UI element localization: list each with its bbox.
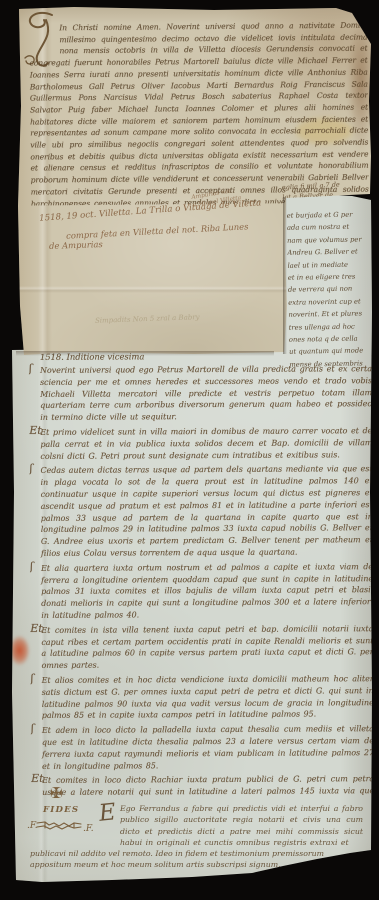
- manuscript-paragraph: ʃEt adem in loco dicto la palladella iux…: [42, 723, 374, 772]
- paragraph-text: Cedas autem dictas terras usque ad parte…: [40, 464, 372, 557]
- manuscript-paragraph: ʃNoverint universi quod ego Petrus Marto…: [40, 363, 372, 424]
- paragraph-text: Et alia quartera iuxta ortum nostrum et …: [41, 562, 373, 620]
- manuscript-paragraph: ʃEt alia quartera iuxta ortum nostrum et…: [41, 561, 373, 622]
- paragraph-text: Et comites in loco dicto Rachiar iuxta p…: [42, 774, 374, 798]
- archivist-note-line: de Ampurias: [49, 239, 103, 251]
- manuscript-paragraph: EtEt comites in loco dicto Rachiar iuxta…: [42, 773, 374, 798]
- paragraph-mark: Et: [30, 623, 42, 635]
- right-initial: .F.: [83, 824, 94, 834]
- manuscript-paragraph: ʃEt alios comites et in hoc dicta vendic…: [42, 673, 374, 722]
- paragraph-text: Et alios comites et in hoc dicta vendici…: [42, 674, 374, 720]
- paragraph-mark: ʃ: [29, 463, 32, 475]
- red-ink-stain: [9, 635, 30, 666]
- paragraph-mark: ʃ: [30, 561, 33, 573]
- manuscript-photograph: et burjada et G per ada cum nostra et na…: [0, 0, 379, 900]
- paragraph-mark: Et: [29, 425, 41, 437]
- faint-offset-note: Simpadits Non 5 zral a Babry: [95, 313, 200, 325]
- paragraph-mark: ʃ: [31, 723, 34, 735]
- right-strip-text: et burjada et G per ada cum nostra et na…: [287, 208, 374, 371]
- clasped-hands-icon: [36, 814, 82, 834]
- paragraph-mark: ʃ: [31, 673, 34, 685]
- initial-spacer: [29, 22, 59, 48]
- paragraph-text: Et adem in loco dicto la palladella iuxt…: [42, 724, 374, 770]
- top-text-block: In Christi nomine Amen. Noverint univers…: [29, 20, 369, 206]
- cross-icon: ✠: [50, 784, 63, 802]
- paragraph-mark: ʃ: [29, 363, 32, 375]
- manuscript-paragraph: EtEt primo videlicet sunt in villa maior…: [40, 425, 372, 462]
- main-text-block-1518: 1518. Inditione vicesima ʃNoverint unive…: [29, 350, 374, 799]
- paragraph-mark: Et: [31, 773, 43, 785]
- top-text-content: In Christi nomine Amen. Noverint univers…: [30, 21, 369, 206]
- manuscript-line: noverint. Et et plures: [288, 308, 372, 322]
- closing-attestation: Ego Ferrandus a fabre qui predictis vidi…: [120, 803, 363, 849]
- manuscript-paragraph: ʃCedas autem dictas terras usque ad part…: [40, 463, 372, 559]
- manuscript-line: nam que volumus per: [287, 233, 371, 247]
- left-initial: .F.: [27, 821, 38, 831]
- manuscript-paragraph: EtEt comites in ista villa tenent iuxta …: [41, 623, 373, 672]
- paragraph-text: Noverint universi quod ego Petrus Martor…: [40, 364, 372, 422]
- closing-flourish-initial: E: [98, 799, 117, 827]
- paragraph-text: Et comites in ista villa tenent iuxta ca…: [41, 624, 373, 670]
- closing-attestation-tail: publicavi nil addito vel remoto. Ideo in…: [30, 848, 362, 871]
- archivist-note-line: compra feta en Villetta del not. Riba Lu…: [66, 221, 249, 241]
- paragraph-text: Et primo videlicet sunt in villa maiori …: [40, 426, 372, 460]
